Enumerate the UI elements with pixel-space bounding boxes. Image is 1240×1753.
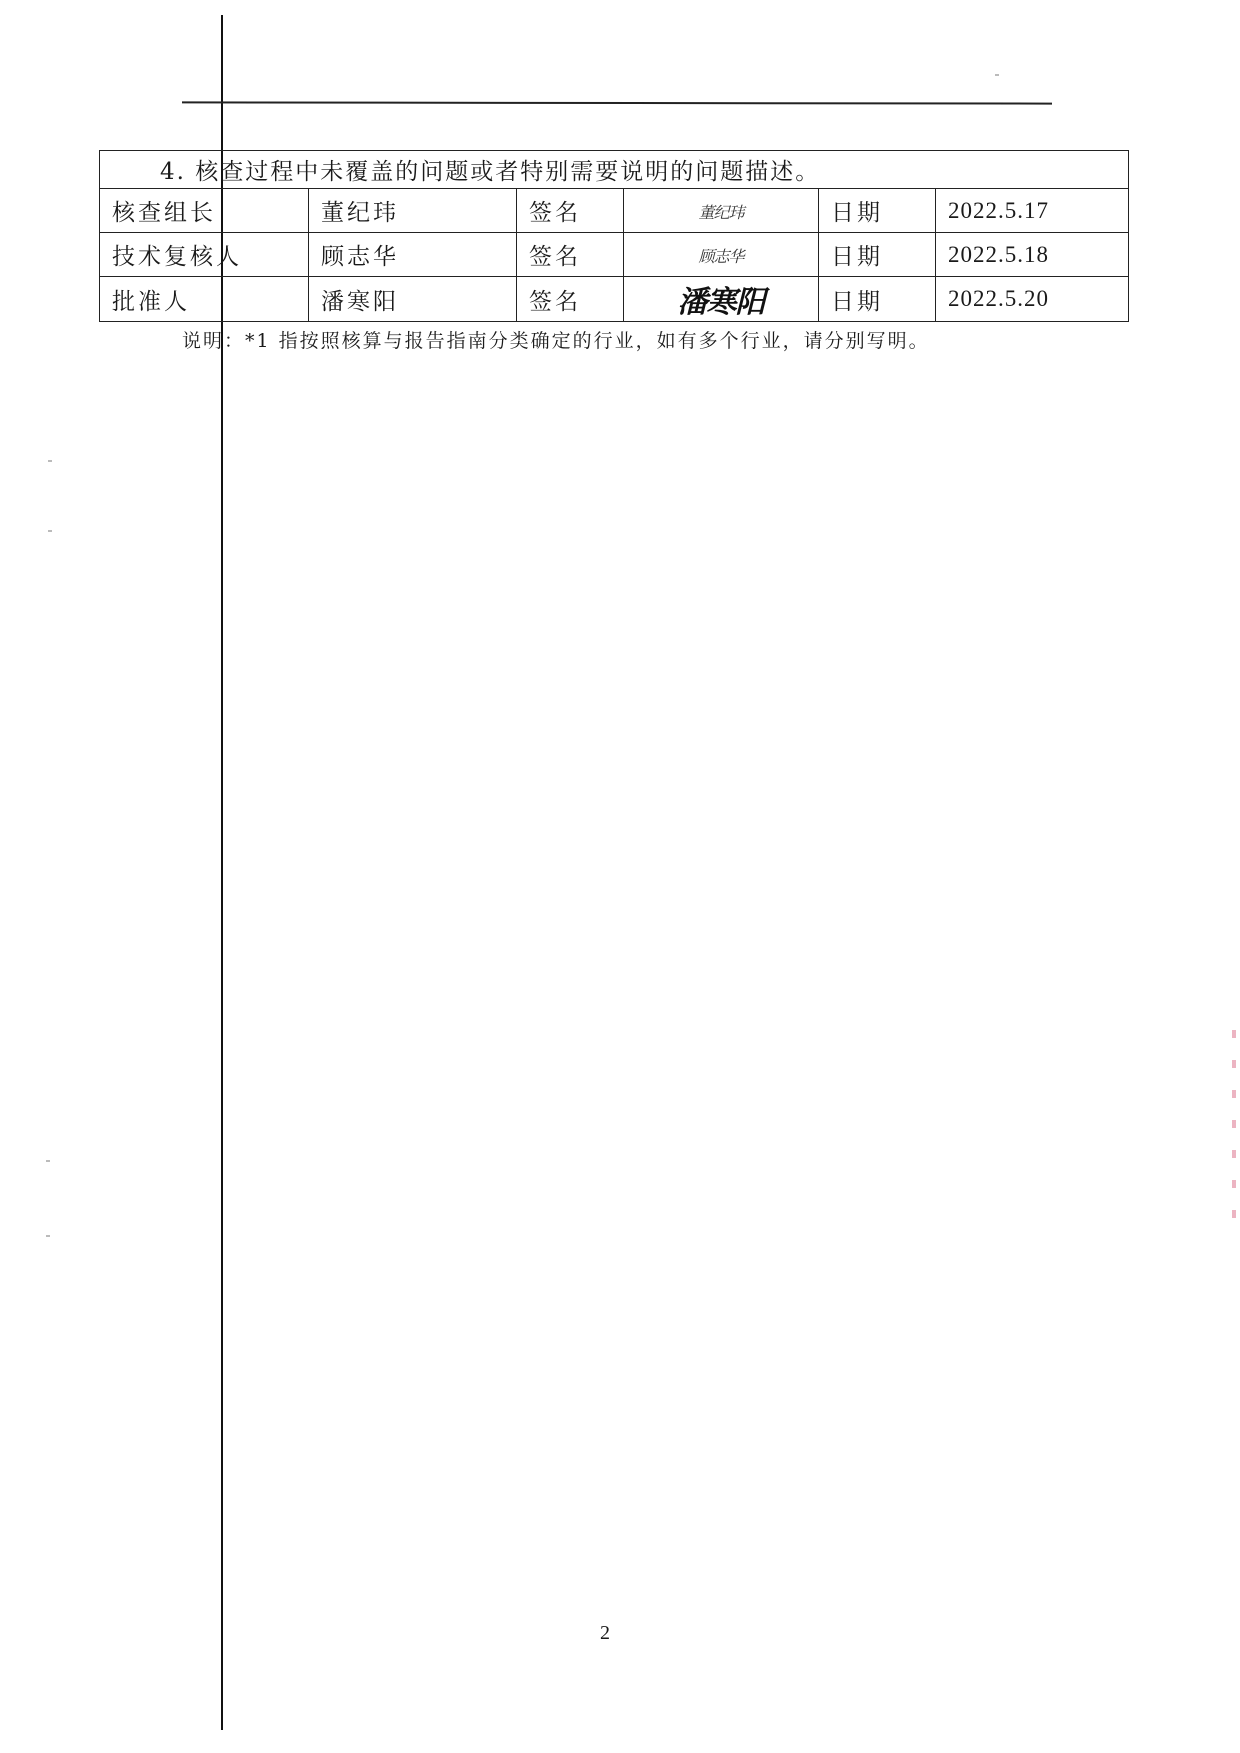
scan-speck [46,1160,50,1162]
section-4-header-row: 4. 核查过程中未覆盖的问题或者特别需要说明的问题描述。 [100,151,1129,189]
handwritten-signature: 董纪玮 [698,203,743,222]
sign-label-cell: 签名 [517,189,624,233]
name-cell: 潘寒阳 [309,277,517,322]
role-cell: 批准人 [100,277,309,322]
date-cell: 2022.5.17 [936,189,1129,233]
seal-edge-marks [1232,1030,1236,1230]
name-cell: 顾志华 [309,233,517,277]
handwritten-signature: 潘寒阳 [678,285,765,320]
page-number: 2 [600,1622,610,1645]
sign-label-cell: 签名 [517,277,624,322]
table-row: 核查组长 董纪玮 签名 董纪玮 日期 2022.5.17 [100,189,1129,233]
date-cell: 2022.5.20 [936,277,1129,322]
scan-speck [995,74,999,76]
top-horizontal-rule [182,101,1052,104]
date-label-cell: 日期 [819,277,936,322]
review-signoff-table: 4. 核查过程中未覆盖的问题或者特别需要说明的问题描述。 核查组长 董纪玮 签名… [99,150,1129,322]
signature-cell: 董纪玮 [624,189,819,233]
table-row: 批准人 潘寒阳 签名 潘寒阳 日期 2022.5.20 [100,277,1129,322]
role-cell: 技术复核人 [100,233,309,277]
name-cell: 董纪玮 [309,189,517,233]
role-cell: 核查组长 [100,189,309,233]
handwritten-signature: 顾志华 [698,247,743,266]
table-row: 技术复核人 顾志华 签名 顾志华 日期 2022.5.18 [100,233,1129,277]
signature-cell: 潘寒阳 [624,277,819,322]
footnote: 说明：*1 指按照核算与报告指南分类确定的行业，如有多个行业，请分别写明。 [182,326,930,353]
date-cell: 2022.5.18 [936,233,1129,277]
date-label-cell: 日期 [819,189,936,233]
scan-speck [46,1235,50,1237]
scan-speck [48,460,52,462]
scan-speck [48,530,52,532]
sign-label-cell: 签名 [517,233,624,277]
date-label-cell: 日期 [819,233,936,277]
section-4-title: 4. 核查过程中未覆盖的问题或者特别需要说明的问题描述。 [100,151,1129,189]
signature-cell: 顾志华 [624,233,819,277]
